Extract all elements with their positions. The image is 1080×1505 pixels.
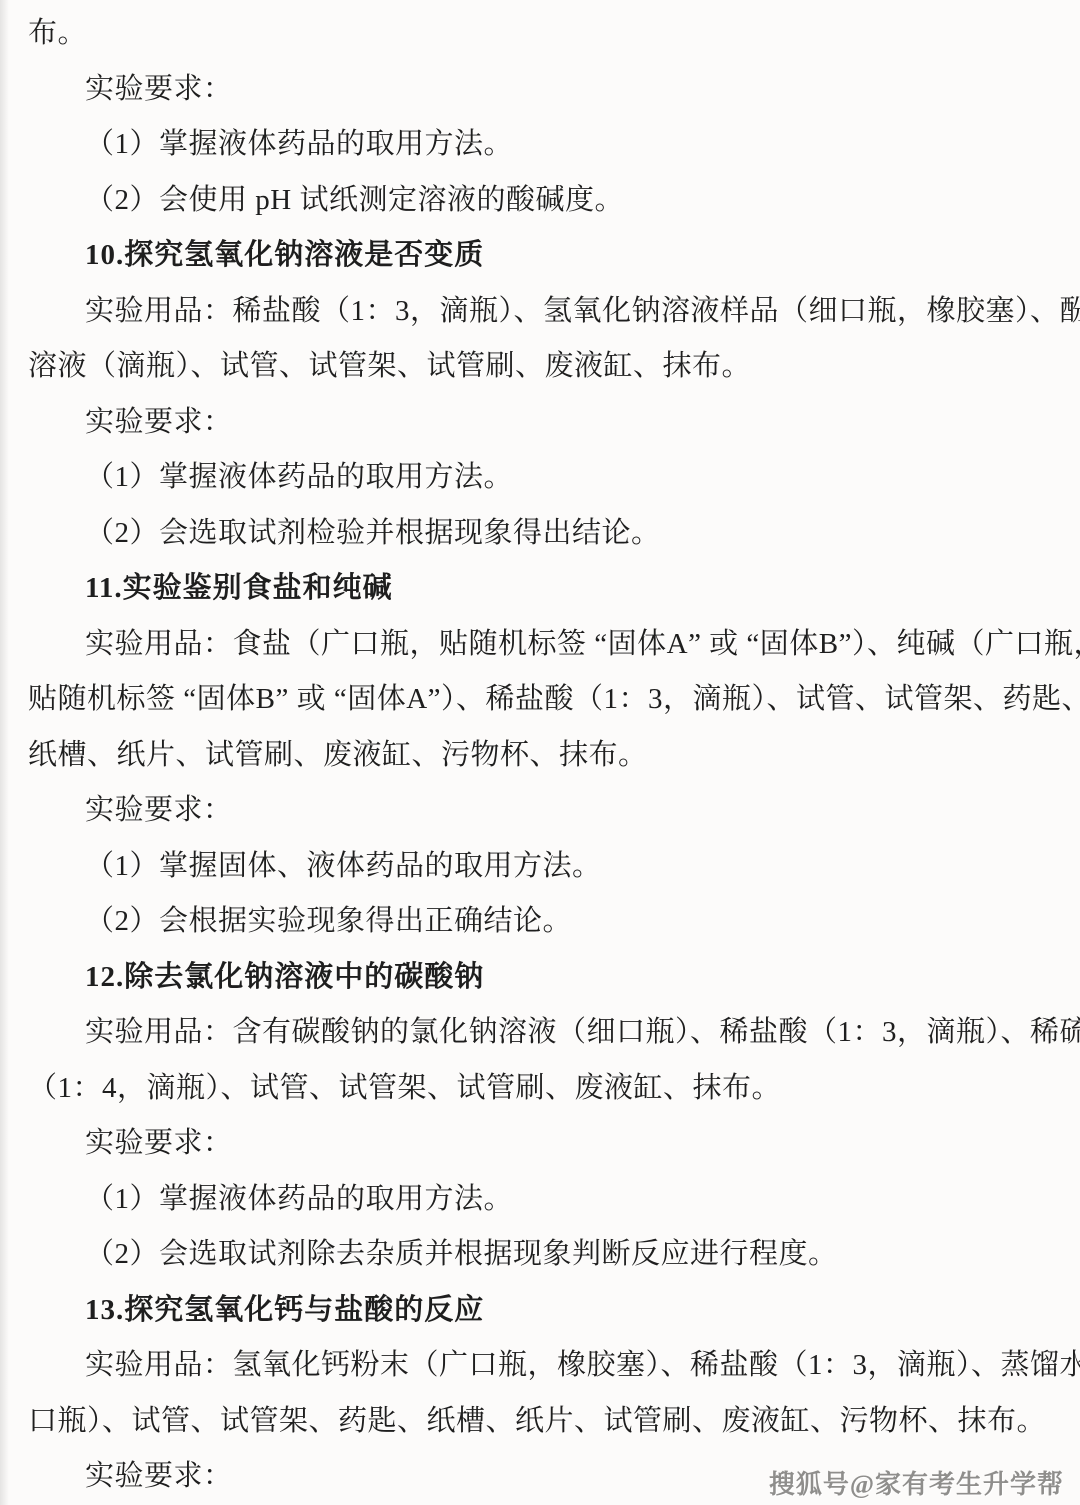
doc-line-requirement-item: （2）会选取试剂检验并根据现象得出结论。: [85, 506, 1080, 562]
doc-line-requirements-label: 实验要求：: [85, 1116, 1080, 1172]
doc-line-supplies-continuation: 贴随机标签 “固体B” 或 “固体A”）、稀盐酸（1：3，滴瓶）、试管、试管架、…: [28, 672, 1080, 728]
experiment-heading-11: 11.实验鉴别食盐和纯碱: [85, 561, 1080, 617]
doc-line-requirement-item: （1）掌握液体药品的取用方法。: [85, 1172, 1080, 1228]
doc-line-supplies: 实验用品：食盐（广口瓶，贴随机标签 “固体A” 或 “固体B”）、纯碱（广口瓶，: [85, 617, 1080, 673]
doc-line-requirements-label: 实验要求：: [85, 783, 1080, 839]
experiment-heading-10: 10.探究氢氧化钠溶液是否变质: [85, 228, 1080, 284]
doc-line-supplies: 实验用品：含有碳酸钠的氯化钠溶液（细口瓶）、稀盐酸（1：3，滴瓶）、稀硫酸: [85, 1005, 1080, 1061]
doc-line-requirement-item: （2）会选取试剂除去杂质并根据现象判断反应进行程度。: [85, 1227, 1080, 1283]
doc-line-supplies-continuation: 纸槽、纸片、试管刷、废液缸、污物杯、抹布。: [28, 728, 1080, 784]
scan-edge-artifact: [0, 0, 9, 1505]
experiment-heading-13: 13.探究氢氧化钙与盐酸的反应: [85, 1283, 1080, 1339]
doc-line-requirement-item: （1）掌握液体药品的取用方法。: [85, 117, 1080, 173]
doc-line-supplies-continuation: 溶液（滴瓶）、试管、试管架、试管刷、废液缸、抹布。: [28, 339, 1080, 395]
sohu-watermark: 搜狐号@家有考生升学帮: [769, 1464, 1064, 1501]
doc-line-requirement-item: （2）会根据实验现象得出正确结论。: [85, 894, 1080, 950]
doc-line-supplies: 实验用品：稀盐酸（1：3，滴瓶）、氢氧化钠溶液样品（细口瓶，橡胶塞）、酚酞: [85, 284, 1080, 340]
document-page: 布。 实验要求： （1）掌握液体药品的取用方法。 （2）会使用 pH 试纸测定溶…: [0, 0, 1080, 1505]
doc-line-requirements-label: 实验要求：: [85, 62, 1080, 118]
doc-line-requirement-item: （1）掌握固体、液体药品的取用方法。: [85, 839, 1080, 895]
experiment-heading-12: 12.除去氯化钠溶液中的碳酸钠: [85, 950, 1080, 1006]
doc-line-requirement-item: （1）掌握液体药品的取用方法。: [85, 450, 1080, 506]
doc-line-supplies: 实验用品：氢氧化钙粉末（广口瓶，橡胶塞）、稀盐酸（1：3，滴瓶）、蒸馏水（细: [85, 1338, 1080, 1394]
doc-line-continuation: 布。: [28, 6, 1080, 62]
doc-line-supplies-continuation: （1：4，滴瓶）、试管、试管架、试管刷、废液缸、抹布。: [28, 1061, 1080, 1117]
doc-line-requirement-item: （2）会使用 pH 试纸测定溶液的酸碱度。: [85, 173, 1080, 229]
doc-line-supplies-continuation: 口瓶）、试管、试管架、药匙、纸槽、纸片、试管刷、废液缸、污物杯、抹布。: [28, 1394, 1080, 1450]
doc-line-requirements-label: 实验要求：: [85, 395, 1080, 451]
